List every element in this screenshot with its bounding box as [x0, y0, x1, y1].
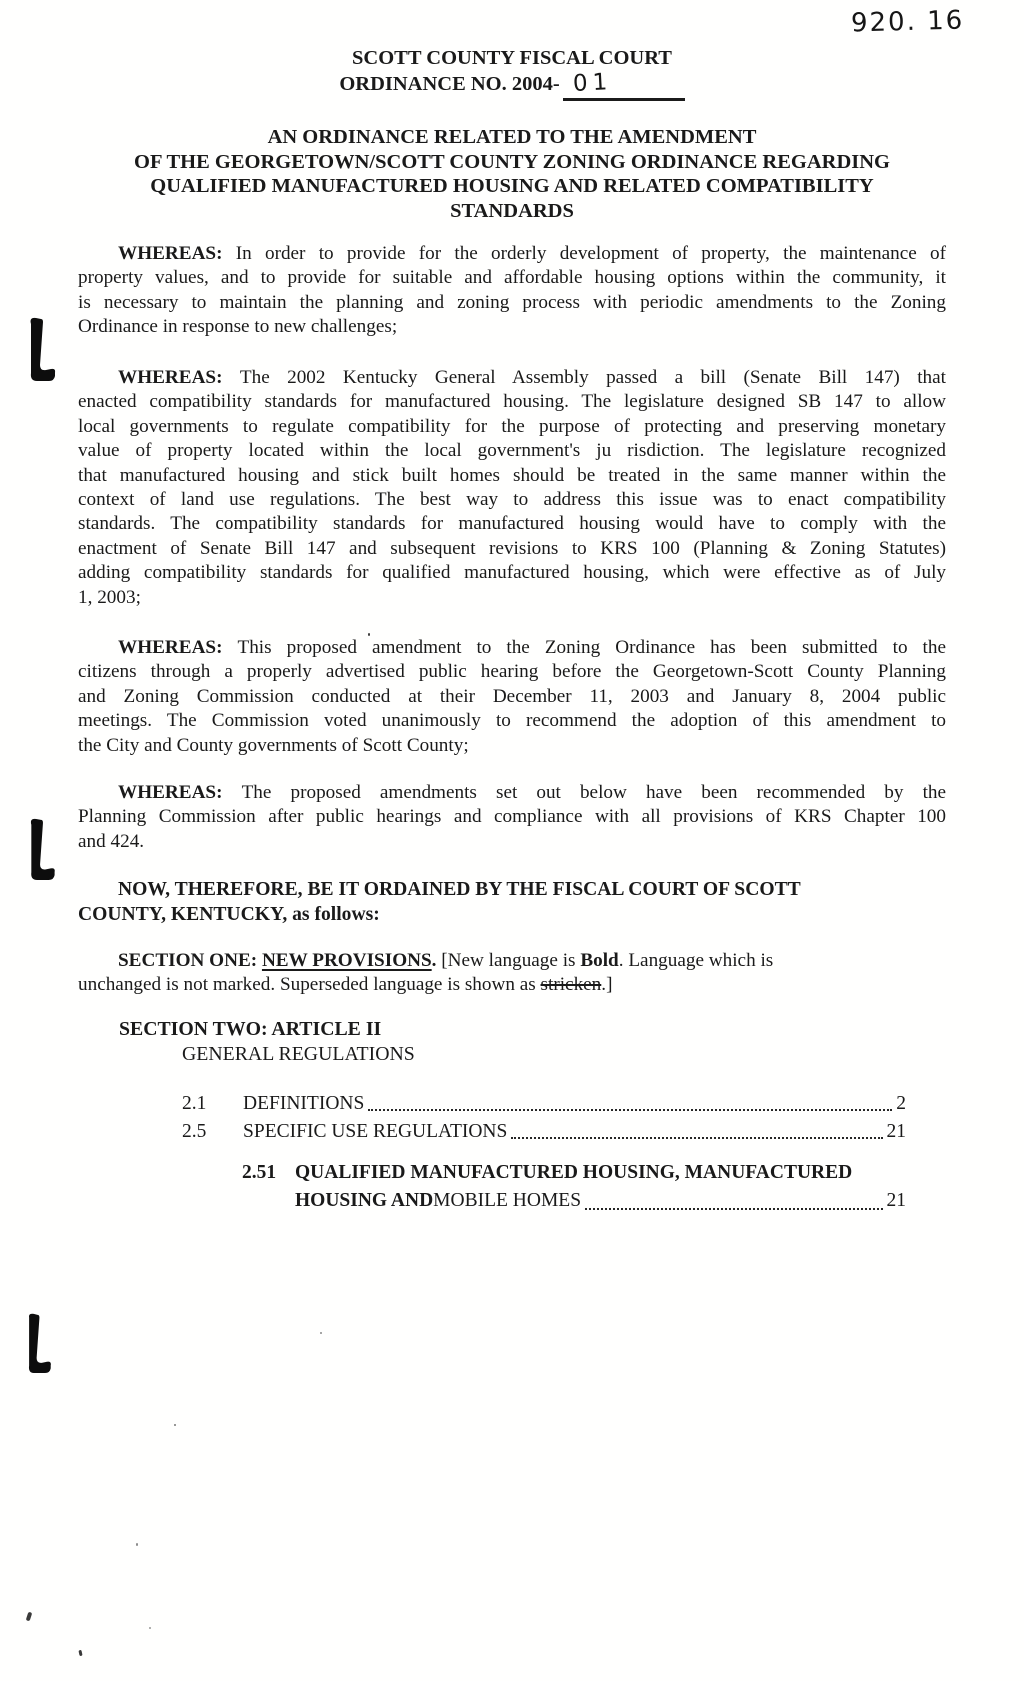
toc-row-specific-use-regulations: 2.5 SPECIFIC USE REGULATIONS 21: [182, 1120, 906, 1144]
stricken-sample-word: stricken: [541, 974, 602, 995]
document-header: SCOTT COUNTY FISCAL COURT ORDINANCE NO. …: [80, 46, 944, 101]
whereas-paragraph-2: WHEREAS: The 2002 Kentucky General Assem…: [78, 366, 946, 610]
title-line: OF THE GEORGETOWN/SCOTT COUNTY ZONING OR…: [80, 150, 944, 175]
whereas-label: WHEREAS:: [118, 367, 240, 388]
section-two-heading: SECTION TWO: ARTICLE II: [119, 1017, 415, 1042]
margin-bracket-mark: [27, 817, 57, 881]
toc-number: 2.5: [182, 1120, 243, 1144]
toc-page-number: 2: [896, 1092, 906, 1116]
whereas-paragraph-3: WHEREAS: This proposed amendment to the …: [78, 636, 946, 758]
toc-title: DEFINITIONS: [243, 1092, 364, 1116]
scan-speck: [26, 1612, 33, 1622]
whereas-label: WHEREAS:: [118, 782, 242, 803]
toc-title: QUALIFIED MANUFACTURED HOUSING, MANUFACT…: [295, 1159, 852, 1187]
whereas-label: WHEREAS:: [118, 637, 237, 658]
title-line: QUALIFIED MANUFACTURED HOUSING AND RELAT…: [80, 174, 944, 199]
toc-row-definitions: 2.1 DEFINITIONS 2: [182, 1092, 906, 1116]
court-name: SCOTT COUNTY FISCAL COURT: [80, 46, 944, 71]
ordaining-clause: NOW, THEREFORE, BE IT ORDAINED BY THE FI…: [78, 877, 946, 927]
ordinance-number-blank: 01: [563, 71, 685, 101]
bold-sample-word: Bold: [580, 950, 618, 971]
handwritten-file-number: 920. 16: [851, 6, 965, 39]
margin-bracket-mark: [24, 1312, 53, 1374]
section-two: SECTION TWO: ARTICLE II GENERAL REGULATI…: [119, 1017, 415, 1067]
toc-title-continued: MOBILE HOMES: [433, 1187, 581, 1215]
toc-title: SPECIFIC USE REGULATIONS: [243, 1120, 507, 1144]
ordinance-number-line: ORDINANCE NO. 2004-01: [80, 71, 944, 101]
toc-dot-leader: [368, 1109, 892, 1111]
scan-speck: [174, 1424, 176, 1426]
scan-speck: [78, 1650, 82, 1656]
section-one-label: SECTION ONE:: [118, 950, 262, 971]
section-one-heading: NEW PROVISIONS: [262, 950, 432, 971]
toc-number: 2.51: [242, 1159, 295, 1187]
scan-speck: [320, 1332, 322, 1334]
scan-speck: [149, 1627, 151, 1629]
whereas-paragraph-1: WHEREAS: In order to provide for the ord…: [78, 242, 946, 340]
toc-page-number: 21: [887, 1120, 907, 1144]
margin-bracket-mark: [27, 316, 57, 382]
toc-title-continued: HOUSING AND: [295, 1187, 433, 1215]
title-line: AN ORDINANCE RELATED TO THE AMENDMENT: [80, 125, 944, 150]
section-one: SECTION ONE: NEW PROVISIONS. [New langua…: [78, 949, 946, 998]
toc-dot-leader: [511, 1137, 882, 1139]
scan-speck: [368, 633, 370, 636]
whereas-paragraph-4: WHEREAS: The proposed amendments set out…: [78, 781, 946, 854]
toc-page-number: 21: [887, 1187, 907, 1215]
document-page: 920. 16 SCOTT COUNTY FISCAL COURT ORDINA…: [0, 0, 1024, 1681]
scan-speck: [136, 1543, 138, 1546]
toc-number: 2.1: [182, 1092, 243, 1116]
title-line: STANDARDS: [80, 199, 944, 224]
section-two-subheading: GENERAL REGULATIONS: [182, 1042, 415, 1067]
ordinance-number-prefix: ORDINANCE NO. 2004-: [339, 73, 559, 95]
toc-dot-leader: [585, 1208, 882, 1210]
handwritten-ordinance-number: 01: [572, 70, 613, 97]
toc-row-qualified-manufactured-housing: 2.51 QUALIFIED MANUFACTURED HOUSING, MAN…: [242, 1159, 906, 1215]
ordinance-title: AN ORDINANCE RELATED TO THE AMENDMENT OF…: [80, 125, 944, 223]
whereas-label: WHEREAS:: [118, 243, 236, 264]
